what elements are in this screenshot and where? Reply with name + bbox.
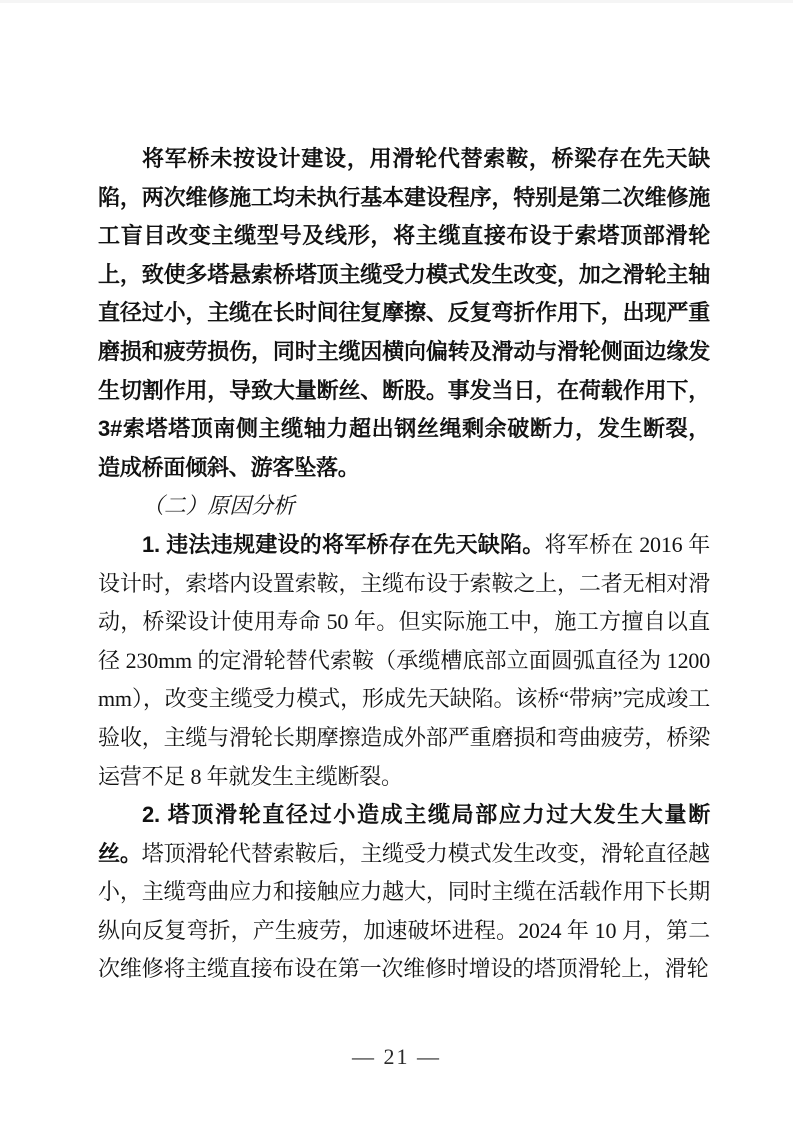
numbered-item-2: 2. 塔顶滑轮直径过小造成主缆局部应力过大发生大量断丝。塔顶滑轮代替索鞍后，主缆… [98,796,710,989]
document-body: 将军桥未按设计建设，用滑轮代替索鞍，桥梁存在先天缺陷，两次维修施工均未执行基本建… [98,140,710,989]
section-heading: （二）原因分析 [98,487,710,526]
item-1-body: 将军桥在 2016 年设计时，索塔内设置索鞍，主缆布设于索鞍之上，二者无相对滑动… [98,532,710,789]
document-page: 将军桥未按设计建设，用滑轮代替索鞍，桥梁存在先天缺陷，两次维修施工均未执行基本建… [0,0,793,1122]
overview-paragraph: 将军桥未按设计建设，用滑轮代替索鞍，桥梁存在先天缺陷，两次维修施工均未执行基本建… [98,140,710,487]
page-number: — 21 — [0,1044,793,1070]
item-1-heading: 1. 违法违规建设的将军桥存在先天缺陷。 [142,532,545,557]
numbered-item-1: 1. 违法违规建设的将军桥存在先天缺陷。将军桥在 2016 年设计时，索塔内设置… [98,526,710,796]
item-2-body: 塔顶滑轮代替索鞍后，主缆受力模式发生改变，滑轮直径越小，主缆弯曲应力和接触应力越… [98,841,710,982]
